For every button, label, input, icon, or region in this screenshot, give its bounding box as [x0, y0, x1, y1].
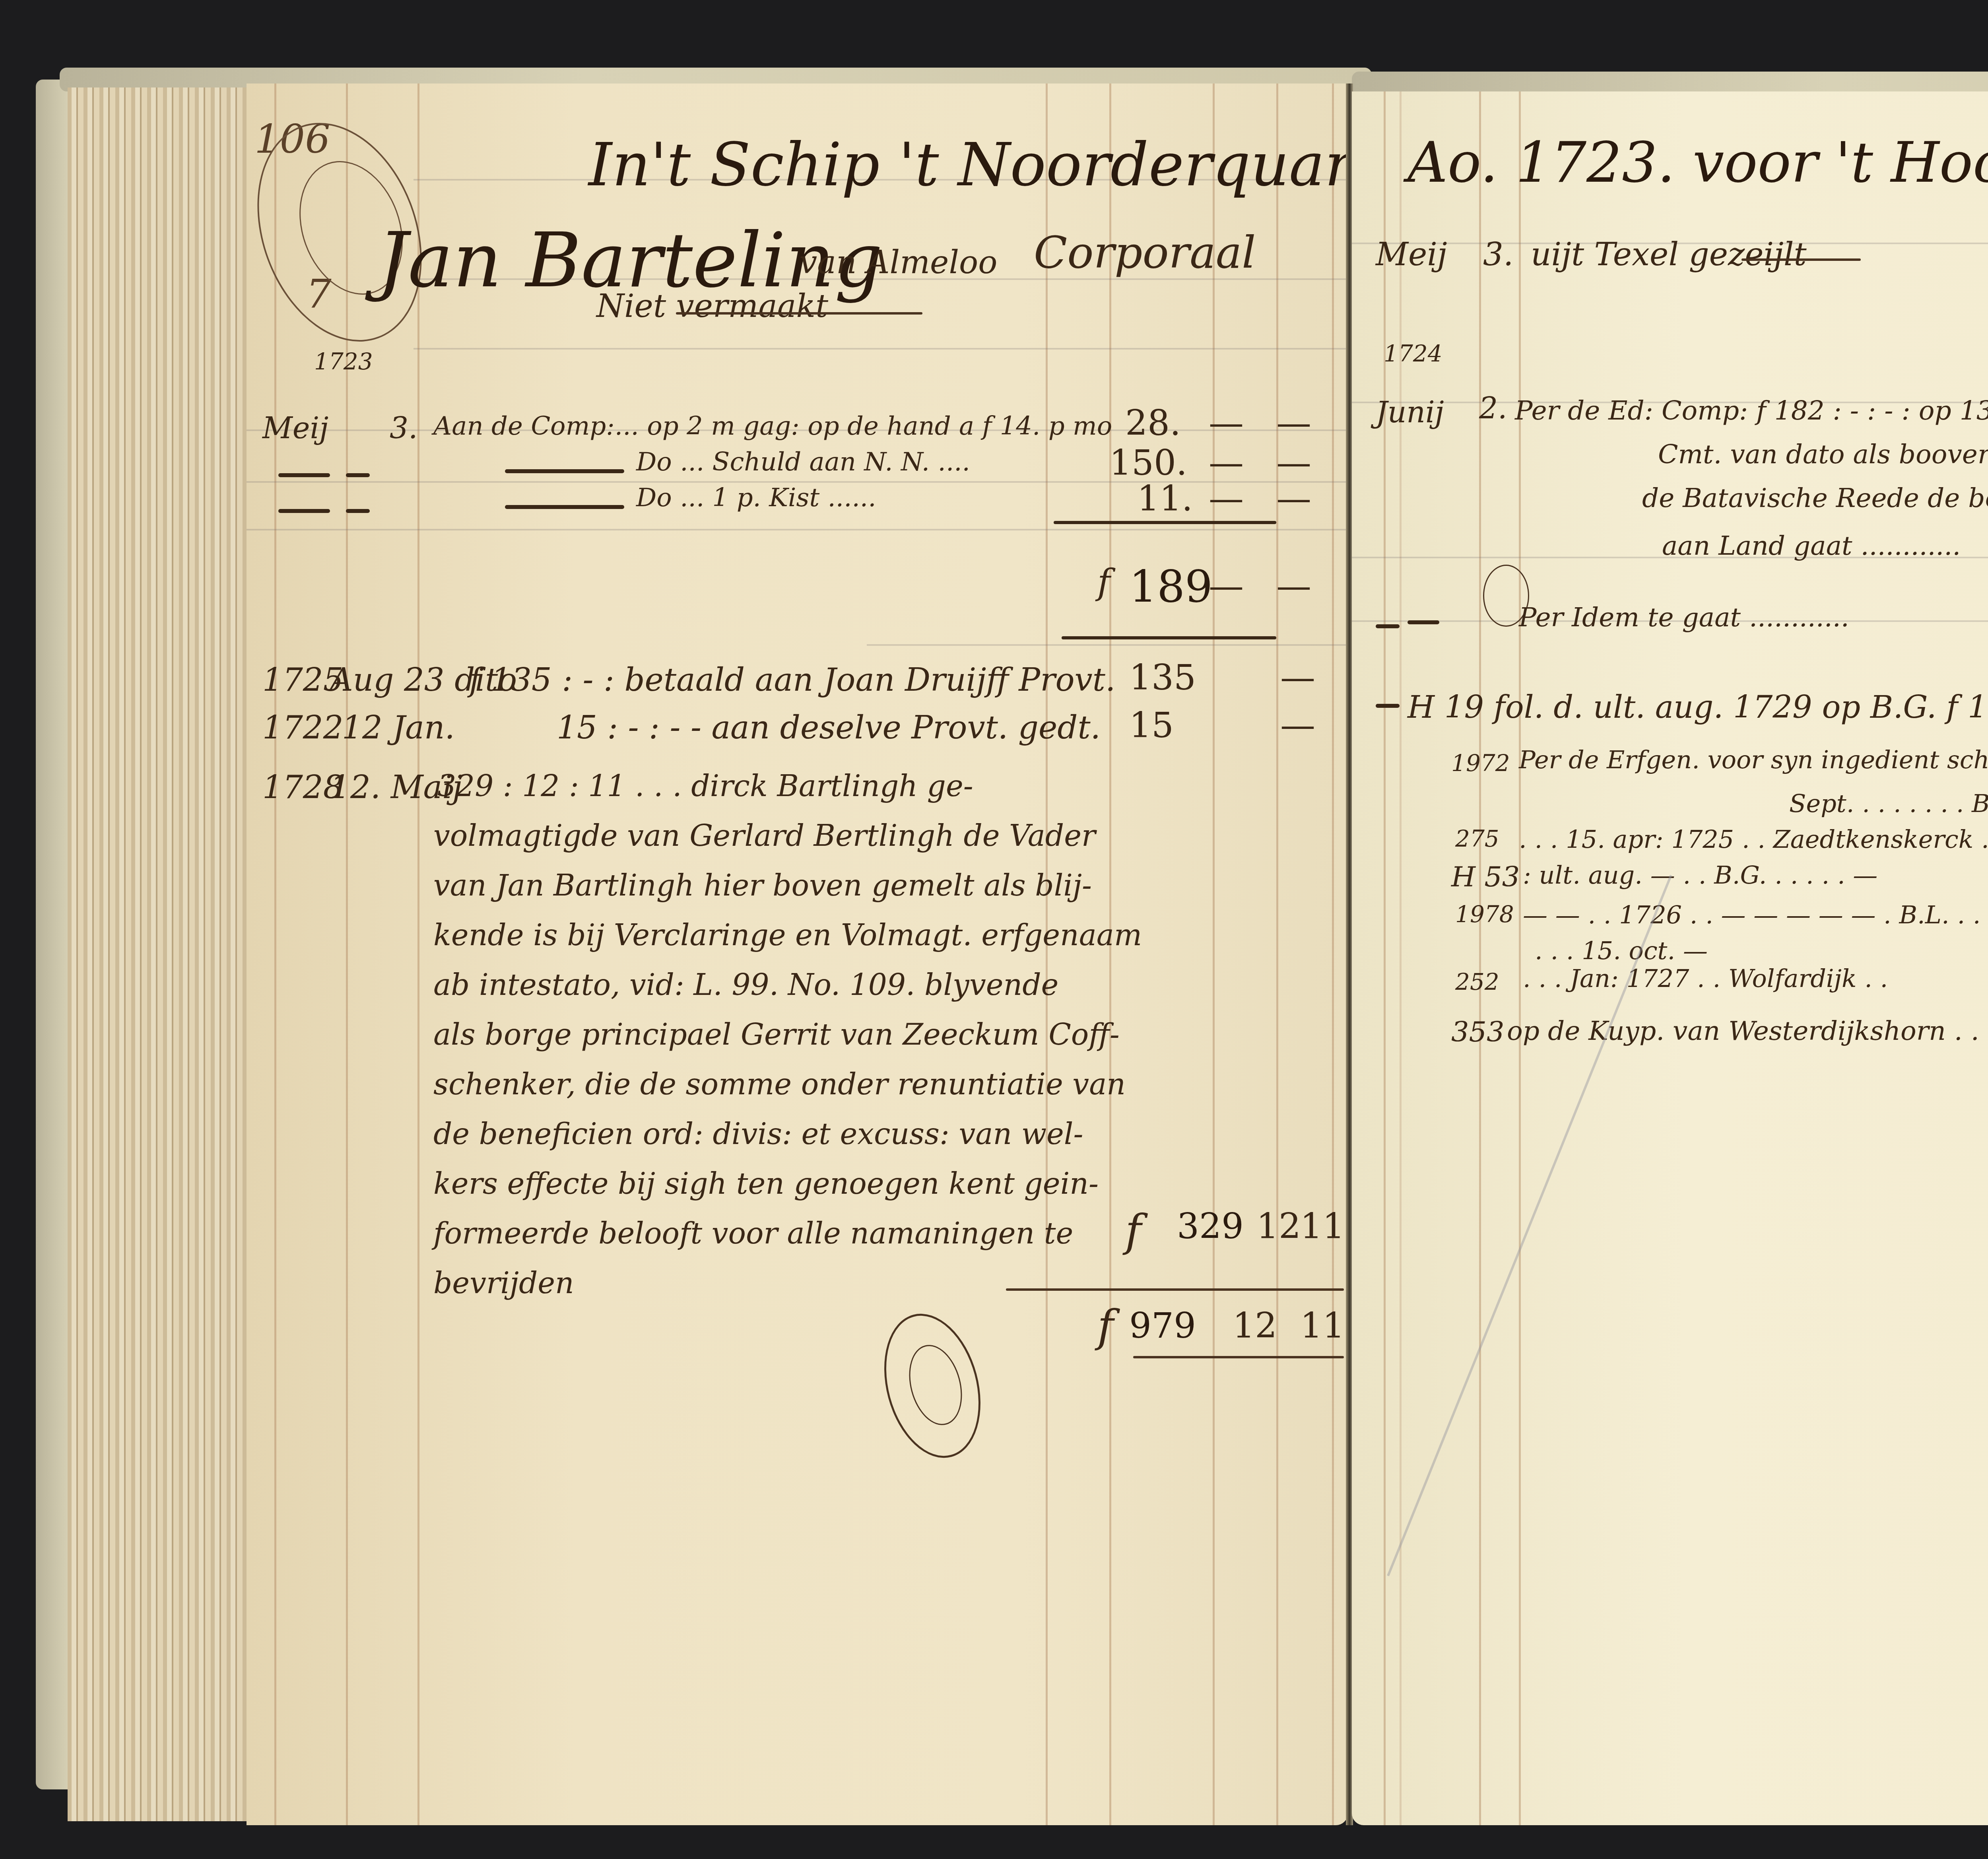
entry-text-line: Per Idem te gaat ............ [1519, 604, 1849, 631]
left-page [247, 84, 1348, 1825]
entry-day: 2. [1479, 394, 1507, 423]
ref-text: op de Kuyp. van Westerdijkshorn . . . . … [1507, 1018, 1988, 1044]
entry-shillings: — [1209, 481, 1244, 516]
total-currency: f [1097, 1304, 1114, 1348]
ref-number: 353 [1451, 1018, 1505, 1046]
ref-text: — — . . 1726 . . — — — — — . B.L. . . . … [1523, 903, 1988, 927]
payment-amount: 15 [1129, 708, 1174, 743]
subtotal-shillings: — [1209, 569, 1244, 604]
voyage-heading: Ao. 1723. voor 't Hoorn. [1408, 135, 1988, 191]
ruling-line [414, 348, 1348, 350]
entry-text-line: Per de Ed: Comp: f 182 : - : - : op 13 m… [1515, 398, 1988, 424]
ruling-line [867, 644, 1348, 646]
ref-text: . . . Jan: 1727 . . Wolfardijk . . [1523, 966, 1888, 991]
total-amount: 979 [1129, 1308, 1196, 1343]
narrative-amount: 329 [1177, 1209, 1244, 1244]
narrative-line: volmagtigde van Gerlard Bertlingh de Vad… [433, 821, 1095, 851]
entry-amount: 28. [1125, 406, 1181, 441]
ref-text: . . . 15. apr: 1725 . . Zaedtkenskerck .… [1519, 827, 1988, 852]
subtotal-amount: 189 [1129, 565, 1213, 608]
ref-text: : ult. aug. — . . B.G. . . . . . — [1523, 863, 1877, 888]
ref-text: Per de Erfgen. voor syn ingedient schuld… [1519, 748, 1988, 772]
ref-text: . . . 15. oct. — [1535, 938, 1708, 963]
ref-number: 275 [1455, 827, 1499, 850]
ruling-amount-col [1046, 84, 1048, 1825]
account-note: Niet vermaakt [596, 290, 828, 322]
narrative-line: bevrijden [433, 1268, 574, 1298]
account-rank: Corporaal [1034, 231, 1256, 274]
narrative-line: 329 : 12 : 11 . . . dirck Bartlingh ge- [437, 771, 973, 801]
total-shillings: 12 [1233, 1308, 1277, 1343]
entry-amount: 11. [1137, 481, 1193, 516]
payment-text: f 135 : - : betaald aan Joan Druijff Pro… [469, 664, 1115, 696]
ruling-date-col [274, 84, 276, 1825]
subtotal-currency: f [1097, 565, 1110, 600]
narrative-shillings: 12 [1256, 1209, 1301, 1244]
account-origin: van Almeloo [799, 247, 997, 278]
narrative-line: als borge principael Gerrit van Zeeckum … [433, 1020, 1120, 1049]
payment-date: 12 Jan. [342, 712, 455, 744]
ditto-stroke [278, 509, 330, 513]
sailing-text: uijt Texel gezeijlt [1531, 239, 1807, 270]
ref-number: 1972 [1451, 752, 1510, 775]
entry-text-line: de Batavische Reede de boeken sluijten e… [1642, 485, 1988, 511]
narrative-line: schenker, die de somme onder renuntiatie… [433, 1070, 1126, 1099]
ruling-day-col [1479, 91, 1481, 1825]
payment-shillings: — [1280, 708, 1315, 743]
underline-flourish [676, 312, 922, 315]
left-page-edges [68, 87, 247, 1821]
ship-heading: In't Schip 't Noorderquartier [588, 135, 1460, 195]
narrative-line: de beneficien ord: divis: et excuss: van… [433, 1119, 1083, 1149]
ref-number: 1978 [1455, 903, 1514, 926]
subtotal-double-rule [1062, 636, 1276, 639]
ruling-edge-col [1332, 84, 1334, 1825]
total-pence: 11 [1300, 1308, 1345, 1343]
narrative-line: ab intestato, vid: L. 99. No. 109. blyve… [433, 970, 1058, 1000]
ref-text: Sept. . . . . . . . B.G. . 22 : 15 : 3 .… [1789, 791, 1988, 816]
payment-shillings: — [1280, 660, 1315, 695]
total-rule [1006, 1288, 1344, 1291]
underline-flourish [1741, 258, 1861, 261]
entry-pence: — [1276, 445, 1311, 480]
entry-year: 1724 [1384, 342, 1442, 365]
total-closing-rule [1133, 1356, 1344, 1358]
ditto-stroke [505, 469, 624, 473]
entry-shillings: — [1209, 445, 1244, 480]
sailing-day: 3. [1483, 239, 1513, 270]
narrative-line: formeerde belooft voor alle namaningen t… [433, 1219, 1073, 1248]
ruling-line [247, 529, 1348, 530]
narrative-line: van Jan Bartlingh hier boven gemelt als … [433, 871, 1092, 900]
entry-amount: 150. [1109, 445, 1187, 480]
payment-amount: 135 [1129, 660, 1196, 695]
ditto-stroke [1376, 624, 1400, 628]
ref-number: 252 [1455, 970, 1499, 993]
entry-month: Junij [1376, 398, 1444, 427]
ditto-stroke [278, 473, 330, 477]
sailing-month: Meij [1376, 239, 1447, 270]
narrative-pence: 11 [1300, 1209, 1345, 1244]
entry-pence: — [1276, 481, 1311, 516]
narrative-line: kers effecte bij sigh ten genoegen kent … [433, 1169, 1099, 1199]
ditto-stroke [1408, 620, 1439, 624]
subtotal-pence: — [1276, 569, 1311, 604]
ruling-right-col [1276, 84, 1278, 1825]
ditto-stroke [505, 505, 624, 509]
entry-text-line: Cmt. van dato als booven, tot heeden dat… [1658, 441, 1988, 468]
entry-pence: — [1276, 406, 1311, 441]
ruling-shilling-col [1109, 84, 1111, 1825]
ruling-day-col [346, 84, 348, 1825]
ditto-stroke [346, 473, 370, 477]
ditto-stroke [346, 509, 370, 513]
entry-text: Do ... 1 p. Kist ...... [636, 485, 876, 511]
subtotal-rule [1054, 521, 1276, 524]
ref-number: H 53 [1451, 863, 1520, 891]
entry-text: Do ... Schuld aan N. N. .... [636, 449, 970, 475]
entry-text-line: aan Land gaat ............ [1662, 533, 1961, 559]
margin-dash [1376, 704, 1400, 708]
narrative-line: kende is bij Verclaringe en Volmagt. erf… [433, 921, 1142, 950]
entry-text: Aan de Comp:... op 2 m gag: op de hand a… [433, 414, 1112, 439]
entry-day: 3. [390, 414, 418, 443]
entry-year: 1723 [314, 350, 373, 373]
entry-shillings: — [1209, 406, 1244, 441]
ruling-pence-col [1213, 84, 1215, 1825]
ledger-header: H 19 fol. d. ult. aug. 1729 op B.G. f 19… [1408, 692, 1988, 723]
ruling-text-col [1519, 91, 1521, 1825]
narrative-currency: f [1125, 1209, 1142, 1253]
payment-year: 1722 [262, 712, 344, 744]
ruling-text-col [417, 84, 419, 1825]
entry-month: Meij [262, 414, 328, 443]
payment-text: 15 : - : - - aan deselve Provt. gedt. [557, 712, 1101, 744]
